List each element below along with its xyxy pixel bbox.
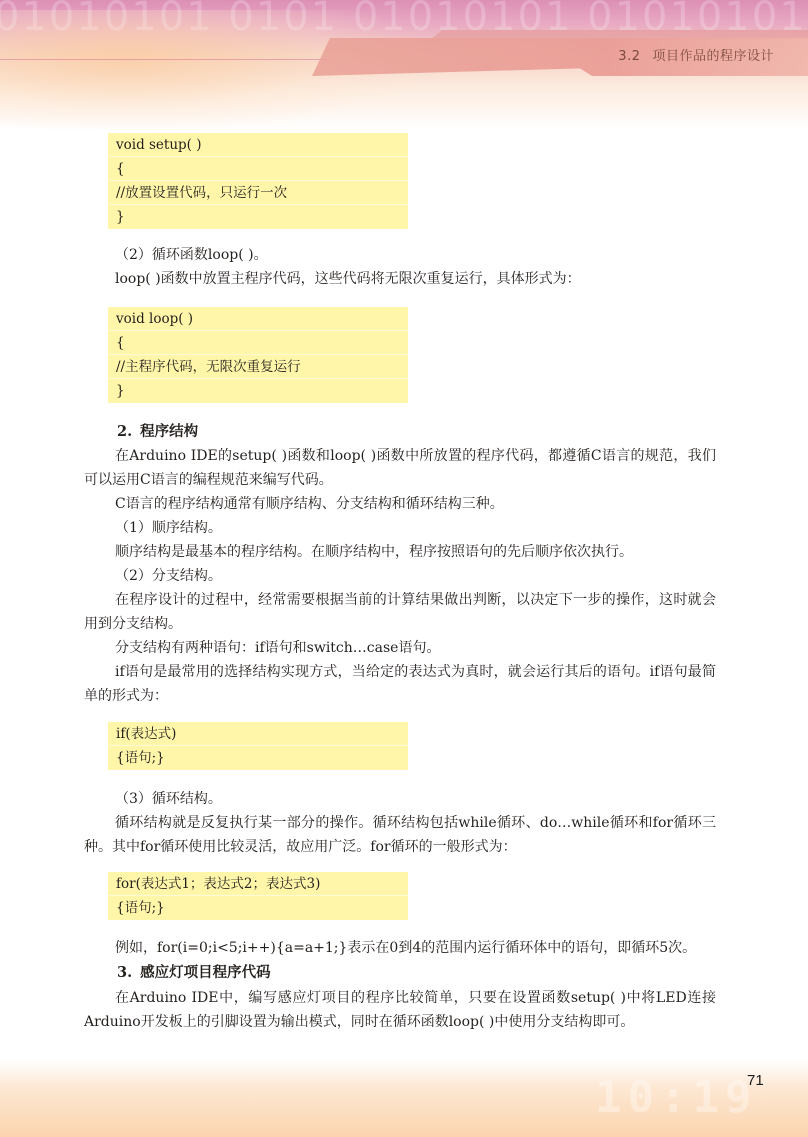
paragraph-sequential-desc: 顺序结构是最基本的程序结构。在顺序结构中，程序按照语句的先后顺序依次执行。 xyxy=(84,540,716,564)
paragraph-for-example: 例如，for(i=0;i<5;i++){a=a+1;}表示在0到4的范围内运行循… xyxy=(84,936,716,960)
section-title-text: 项目作品的程序设计 xyxy=(652,49,774,64)
code-block-loop: void loop( ) { //主程序代码，无限次重复运行 } xyxy=(108,307,408,403)
heading-title: 程序结构 xyxy=(140,423,198,440)
paragraph-branch-desc: 在程序设计的过程中，经常需要根据当前的计算结果做出判断，以决定下一步的操作，这时… xyxy=(84,588,716,636)
subheading-branch: （2）分支结构。 xyxy=(84,564,716,588)
code-line: void setup( ) xyxy=(108,133,408,157)
code-block-if: if(表达式) {语句;} xyxy=(108,722,408,770)
code-line: //主程序代码，无限次重复运行 xyxy=(108,355,408,379)
header-rule-line xyxy=(0,59,330,60)
heading-title: 感应灯项目程序代码 xyxy=(140,964,271,981)
paragraph-loop-structure-desc: 循环结构就是反复执行某一部分的操作。循环结构包括while循环、do…while… xyxy=(84,811,716,859)
page-header-banner: 01010101 0101 01010101 0101010101 3.2项目作… xyxy=(0,0,808,130)
heading-program-structure: 2.程序结构 xyxy=(117,420,198,444)
code-line: void loop( ) xyxy=(108,307,408,331)
code-line: for(表达式1；表达式2；表达式3) xyxy=(108,872,408,896)
subheading-sequential: （1）顺序结构。 xyxy=(84,516,716,540)
paragraph-branch-types: 分支结构有两种语句：if语句和switch…case语句。 xyxy=(84,636,716,660)
heading-sensor-light-code: 3.感应灯项目程序代码 xyxy=(117,961,271,985)
code-line: {语句;} xyxy=(108,746,408,770)
code-line: { xyxy=(108,157,408,181)
heading-number: 2. xyxy=(117,423,132,440)
subheading-loop-structure: （3）循环结构。 xyxy=(84,787,716,811)
subheading-loop-function: （2）循环函数loop( )。 xyxy=(115,243,715,267)
paragraph-loop-description: loop( )函数中放置主程序代码，这些代码将无限次重复运行，具体形式为： xyxy=(84,267,716,291)
code-line: } xyxy=(108,205,408,229)
code-line: { xyxy=(108,331,408,355)
running-section-title: 3.2项目作品的程序设计 xyxy=(618,45,774,64)
section-number: 3.2 xyxy=(618,49,640,64)
paragraph-three-types: C语言的程序结构通常有顺序结构、分支结构和循环结构三种。 xyxy=(84,492,716,516)
code-line: {语句;} xyxy=(108,896,408,920)
page-footer-banner: 10:19 xyxy=(0,1060,808,1137)
code-line: } xyxy=(108,379,408,403)
paragraph-if-desc: if语句是最常用的选择结构实现方式，当给定的表达式为真时，就会运行其后的语句。i… xyxy=(84,660,716,708)
code-block-setup: void setup( ) { //放置设置代码，只运行一次 } xyxy=(108,133,408,229)
code-line: //放置设置代码，只运行一次 xyxy=(108,181,408,205)
code-block-for: for(表达式1；表达式2；表达式3) {语句;} xyxy=(108,872,408,920)
heading-number: 3. xyxy=(117,964,132,981)
paragraph-sensor-light-code: 在Arduino IDE中，编写感应灯项目的程序比较简单，只要在设置函数setu… xyxy=(84,986,716,1034)
page-number: 71 xyxy=(747,1072,764,1089)
code-line: if(表达式) xyxy=(108,722,408,746)
paragraph-structure-intro: 在Arduino IDE的setup( )函数和loop( )函数中所放置的程序… xyxy=(84,444,716,492)
footer-digital-clock-decoration: 10:19 xyxy=(595,1072,757,1123)
